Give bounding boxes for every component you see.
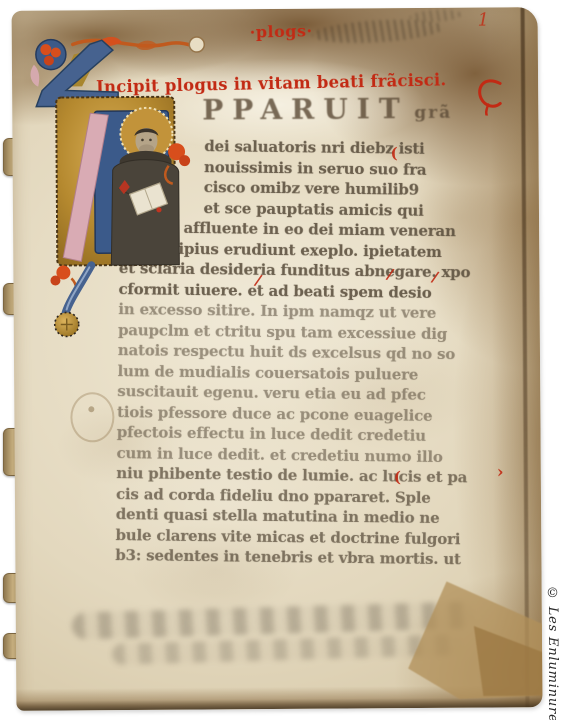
folio-number: 1 <box>478 10 490 31</box>
display-abbrev: grã <box>414 103 452 123</box>
red-paren-mark: ( <box>394 468 401 486</box>
folded-corner <box>395 561 542 702</box>
historiated-initial <box>18 27 220 358</box>
red-paren-mark: ( <box>391 144 398 162</box>
manuscript-photo: ·plogs· 1 Incipit plogus in vitam beati … <box>0 0 568 720</box>
parchment-leaf: ·plogs· 1 Incipit plogus in vitam beati … <box>12 7 543 711</box>
copyright-credit: © Les Enluminures <box>545 586 560 710</box>
display-capitals: PPARUIT grã <box>202 92 452 127</box>
red-paraph-mark <box>474 75 504 119</box>
faded-ink-inscription <box>409 8 462 23</box>
text-line: b3: sedentes in tenebris et vbra mortis.… <box>115 546 515 571</box>
display-word: PPARUIT <box>202 92 409 126</box>
marginal-ring-doodle <box>70 392 114 442</box>
red-caret-mark: › <box>497 462 504 482</box>
saint-francis-figure <box>110 108 179 265</box>
running-title: ·plogs· <box>249 21 312 42</box>
